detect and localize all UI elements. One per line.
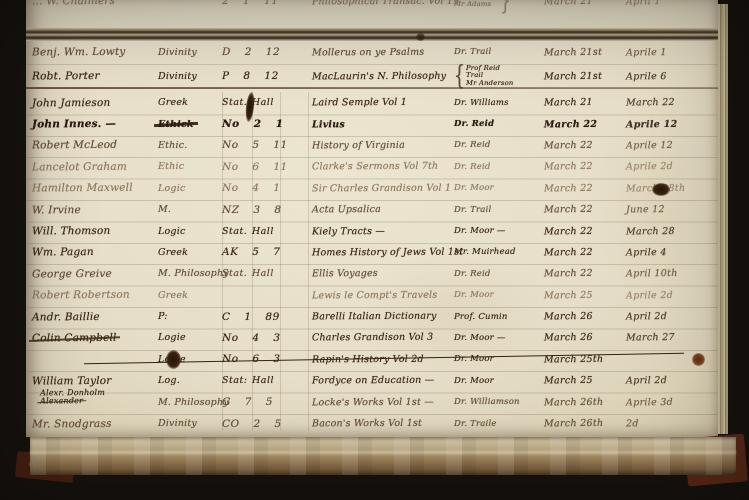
course-cell: Ethick xyxy=(158,119,222,130)
course-text: Logic xyxy=(158,226,185,237)
professor-cell: Dr. Williams xyxy=(454,98,544,108)
shelf-text: Stat: Hall xyxy=(222,375,274,386)
professor-cell: Dr. Reid xyxy=(454,269,544,279)
ledger-row: Hamilton MaxwellLogicNo 4 1Sir Charles G… xyxy=(26,178,718,199)
borrowed-text: March 22 xyxy=(544,204,593,216)
professor-text: Dr. Reid xyxy=(454,140,491,150)
name-cell: Hamilton Maxwell xyxy=(26,182,158,195)
course-cell: M. xyxy=(158,204,222,215)
title-text: Kiely Tracts — xyxy=(312,226,385,237)
borrowed-cell: March 26 xyxy=(544,311,626,323)
shelf-cell: P 8 12 xyxy=(222,70,312,82)
name-text: Benj. Wm. Lowty xyxy=(32,46,126,59)
title-cell: Ellis Voyages xyxy=(312,268,454,280)
returned-cell: Aprile 12 xyxy=(626,118,711,130)
name-cell: … W. Chalmers xyxy=(26,0,158,7)
name-text: Robert McLeod xyxy=(32,139,117,152)
professor-cell: Dr. Reid xyxy=(454,140,544,150)
professor-cell: Mr. Muirhead xyxy=(454,247,544,257)
borrowed-cell: March 21 xyxy=(544,97,626,109)
shelf-cell: No 4 3 xyxy=(222,332,312,344)
course-text: M. xyxy=(158,204,171,215)
book-fore-edge xyxy=(30,437,736,475)
returned-cell: April 1 xyxy=(626,0,711,7)
title-cell: Homes History of Jews Vol 1st xyxy=(312,247,454,259)
ledger-row: Will. ThomsonLogicStat. HallKiely Tracts… xyxy=(26,220,718,241)
shelf-text: G 7 5 xyxy=(222,396,273,408)
title-text: Homes History of Jews Vol 1st xyxy=(312,247,463,259)
ledger-row: Wm. PaganGreekAK 5 7Homes History of Jew… xyxy=(26,242,718,263)
shelf-text: No 6 3 xyxy=(222,353,281,365)
returned-cell: Aprile 4 xyxy=(626,246,711,258)
title-text: MacLaurin's N. Philosophy xyxy=(312,70,446,82)
returned-text: March 27 xyxy=(626,332,675,344)
name-cell xyxy=(26,359,158,360)
name-text: William Taylor xyxy=(32,375,112,388)
ledger-row: George GreiveM. PhilosophyStat. HallElli… xyxy=(26,263,718,284)
title-text: Sir Charles Grandison Vol 1 xyxy=(312,182,451,194)
returned-cell: Aprile 2d xyxy=(626,161,711,173)
professor-cell: {Prof Reid Trail Mr Anderson xyxy=(454,65,544,88)
name-text: George Greive xyxy=(32,268,112,281)
borrowed-text: March 22 xyxy=(544,183,593,195)
ledger-row: John Innes. —EthickNo 2 1LiviusDr. ReidM… xyxy=(26,113,718,134)
professor-cell: Dr. Moor — xyxy=(454,333,544,343)
professor-text: Dr. Williams xyxy=(454,98,509,108)
borrowed-text: March 22 xyxy=(544,225,593,237)
professor-text: Dr. Moor xyxy=(454,290,494,300)
professor-text: Dr. Williamson xyxy=(454,397,520,407)
returned-text: Aprile 2d xyxy=(626,161,673,172)
title-text: Ellis Voyages xyxy=(312,268,378,279)
title-text: Acta Upsalica xyxy=(312,204,381,215)
borrowed-text: March 25 xyxy=(544,290,593,302)
title-cell: Barelli Italian Dictionary xyxy=(312,311,454,323)
name-text: Will. Thomson xyxy=(32,225,111,238)
course-cell: Divinity xyxy=(158,418,222,429)
ledger-row: Robert McLeodEthic.No 5 11History of Vir… xyxy=(26,135,718,156)
course-text: Divinity xyxy=(158,71,197,82)
returned-text: 2d xyxy=(626,418,639,429)
borrowed-text: March 21 xyxy=(544,97,593,109)
returned-cell: Aprile 3d xyxy=(626,396,711,408)
borrowed-cell: March 25 xyxy=(544,375,626,387)
returned-text: June 12 xyxy=(626,204,665,215)
professor-text: Mr. Muirhead xyxy=(454,247,516,257)
course-cell: Ethic. xyxy=(158,140,222,151)
ledger-row: W. IrvineM.NZ 3 8Acta UpsalicaDr. TrailM… xyxy=(26,199,718,220)
title-text: Rapin's History Vol 2d xyxy=(312,354,424,366)
ledger-row: … W. Chalmers2 1 11Philosophical Transac… xyxy=(26,0,718,13)
ledger-row: John JamiesonGreekStat. HallLaird Semple… xyxy=(26,92,718,113)
title-cell: Kiely Tracts — xyxy=(312,225,454,237)
course-cell: Divinity xyxy=(158,47,222,58)
title-text: Laird Semple Vol 1 xyxy=(312,97,407,108)
returned-cell: Aprile 1 xyxy=(626,46,711,58)
shelf-text: 2 1 11 xyxy=(222,0,278,7)
professor-text: Dr. Trail xyxy=(454,47,491,57)
returned-text: Aprile 1 xyxy=(626,47,667,58)
shelf-cell: C 1 89 xyxy=(222,311,312,323)
shelf-cell: CO 2 5 xyxy=(222,418,312,430)
ledger-row: M. PhilosophyG 7 5Locke's Works Vol 1st … xyxy=(26,391,718,412)
professor-cell: Dr. Williamson xyxy=(454,397,544,407)
professor-cell: for Mr Moor Mr Adams} xyxy=(454,0,544,11)
shelf-text: AK 5 7 xyxy=(222,246,280,258)
returned-text: Aprile 2d xyxy=(626,290,673,301)
title-text: Livius xyxy=(312,119,345,130)
returned-text: Aprile 6 xyxy=(626,71,667,82)
borrowed-cell: March 26th xyxy=(544,418,626,430)
shelf-cell: NZ 3 8 xyxy=(222,204,312,216)
professor-text: Dr. Reid xyxy=(454,119,494,129)
professor-text: Dr. Traile xyxy=(454,419,497,429)
returned-cell: Aprile 12 xyxy=(626,140,711,152)
course-text: Ethick xyxy=(158,119,194,130)
brace-mark: } xyxy=(500,0,511,17)
borrowed-cell: March 26 xyxy=(544,332,626,344)
borrowed-text: March 22 xyxy=(544,247,593,259)
borrowed-cell: March 22 xyxy=(544,182,626,194)
shelf-cell: Stat: Hall xyxy=(222,375,312,386)
borrowed-cell: March 21st xyxy=(544,70,626,82)
course-text: Logic xyxy=(158,183,185,194)
previous-page-edge xyxy=(26,28,718,41)
course-text: M. Philosophy xyxy=(158,397,229,408)
course-cell: Greek xyxy=(158,247,222,258)
shelf-cell: Stat. Hall xyxy=(222,97,312,108)
course-cell: M. Philosophy xyxy=(158,397,222,408)
course-cell: P: xyxy=(158,311,222,322)
borrowed-text: March 22 xyxy=(544,161,593,173)
name-cell: John Innes. — xyxy=(26,118,158,131)
returned-cell: 2d xyxy=(626,418,711,430)
course-cell: Logic xyxy=(158,183,222,194)
professor-cell: Dr. Trail xyxy=(454,205,544,215)
professor-text: Dr. Reid xyxy=(454,269,491,279)
shelf-text: No 5 11 xyxy=(222,139,288,151)
title-cell: Clarke's Sermons Vol 7th xyxy=(312,161,454,173)
title-cell: History of Virginia xyxy=(312,140,454,152)
ledger-section-divinity-entries: Benj. Wm. LowtyDivinityD 2 12Mollerus on… xyxy=(26,40,718,88)
name-cell: Colin Campbell xyxy=(26,332,158,345)
returned-cell: April 10th xyxy=(626,268,711,280)
title-cell: Sir Charles Grandison Vol 1 xyxy=(312,182,454,194)
course-text: P: xyxy=(158,311,168,322)
ledger-section-student-entries: John JamiesonGreekStat. HallLaird Semple… xyxy=(26,92,718,434)
returned-text: March 22 xyxy=(626,97,675,109)
returned-text: Aprile 4 xyxy=(626,247,667,258)
name-text: John Jamieson xyxy=(32,97,111,110)
borrowed-cell: March 22 xyxy=(544,268,626,280)
returned-text: April 10th xyxy=(626,268,678,280)
professor-cell: Dr. Trail xyxy=(454,47,544,57)
title-text: Lewis le Compt's Travels xyxy=(312,289,437,301)
name-cell: John Jamieson xyxy=(26,96,158,109)
borrowed-text: March 26th xyxy=(544,418,604,430)
borrowed-text: March 26 xyxy=(544,311,593,323)
name-cell: George Greive xyxy=(26,267,158,280)
returned-cell: March 28 xyxy=(626,225,711,237)
title-cell: Charles Grandison Vol 3 xyxy=(312,332,454,344)
course-text: Greek xyxy=(158,290,188,301)
shelf-cell: 2 1 11 xyxy=(222,0,312,7)
shelf-cell: No 4 1 xyxy=(222,182,312,194)
name-text: Wm. Pagan xyxy=(32,246,94,258)
ledger-section-top-partial: … W. Chalmers2 1 11Philosophical Transac… xyxy=(26,0,718,13)
title-cell: Bacon's Works Vol 1st xyxy=(312,418,454,430)
course-cell: Log. xyxy=(158,375,222,386)
shelf-cell: No 6 11 xyxy=(222,161,312,173)
shelf-cell: No 2 1 xyxy=(222,118,312,130)
name-text: … W. Chalmers xyxy=(32,0,115,7)
title-text: Philosophical Transac. Vol 19 xyxy=(312,0,459,7)
title-cell: Locke's Works Vol 1st — xyxy=(312,396,454,408)
name-text: Lancelot Graham xyxy=(32,161,127,174)
professor-text: for Mr Moor Mr Adams xyxy=(454,0,499,9)
shelf-cell: D 2 12 xyxy=(222,46,312,58)
course-text: Ethic xyxy=(158,161,184,172)
shelf-text: No 2 1 xyxy=(222,118,284,130)
returned-cell: March 27 xyxy=(626,332,711,344)
name-text: Robert Robertson xyxy=(32,289,130,302)
name-cell: Will. Thomson xyxy=(26,225,158,238)
ledger-row: Robert RobertsonGreekLewis le Compt's Tr… xyxy=(26,285,718,306)
course-cell: M. Philosophy xyxy=(158,268,222,279)
name-text: Andr. Baillie xyxy=(32,311,100,323)
borrowed-cell: March 25th xyxy=(544,353,626,365)
title-text: History of Virginia xyxy=(312,140,405,151)
professor-text: Dr. Moor — xyxy=(454,226,506,236)
borrowed-cell: March 22 xyxy=(544,161,626,173)
shelf-cell: AK 5 7 xyxy=(222,246,312,258)
ink-blot xyxy=(166,350,181,369)
returned-cell: March 22 xyxy=(626,97,711,109)
course-cell: Greek xyxy=(158,290,222,301)
professor-text: Dr. Reid xyxy=(454,162,491,172)
title-cell: Fordyce on Education — xyxy=(312,375,454,387)
professor-cell: Dr. Traile xyxy=(454,419,544,429)
returned-cell: June 12 xyxy=(626,204,711,216)
shelf-text: Stat. Hall xyxy=(222,268,274,279)
shelf-text: NZ 3 8 xyxy=(222,204,282,216)
name-cell: Wm. Pagan xyxy=(26,246,158,259)
ledger-row: Lancelot GrahamEthicNo 6 11Clarke's Serm… xyxy=(26,156,718,177)
course-cell: Ethic xyxy=(158,161,222,172)
name-cell: Andr. Baillie xyxy=(26,310,158,323)
shelf-text: D 2 12 xyxy=(222,46,280,58)
borrowed-cell: March 22 xyxy=(544,118,626,130)
professor-cell: Dr. Reid xyxy=(454,119,544,129)
name-cell: Benj. Wm. Lowty xyxy=(26,46,158,59)
course-text: Divinity xyxy=(158,47,197,58)
section-divider-rule xyxy=(26,87,718,89)
course-text: Greek xyxy=(158,97,188,108)
title-cell: Laird Semple Vol 1 xyxy=(312,97,454,109)
shelf-cell: No 5 11 xyxy=(222,139,312,151)
name-cell: Robert Robertson xyxy=(26,289,158,302)
professor-text: Dr. Moor xyxy=(454,183,494,193)
name-text: Colin Campbell xyxy=(32,332,117,345)
shelf-cell: Stat. Hall xyxy=(222,268,312,279)
course-text: Ethic. xyxy=(158,140,187,151)
name-cell: Lancelot Graham xyxy=(26,160,158,173)
shelf-cell: No 6 3 xyxy=(222,353,312,365)
borrowed-cell: March 22 xyxy=(544,246,626,258)
ledger-row: Colin CampbellLogieNo 4 3Charles Grandis… xyxy=(26,327,718,348)
borrowed-text: March 26th xyxy=(544,396,604,408)
title-text: Clarke's Sermons Vol 7th xyxy=(312,161,438,173)
name-text: John Innes. — xyxy=(32,118,116,131)
ledger-row: Mr. SnodgrassDivinityCO 2 5Bacon's Works… xyxy=(26,413,718,434)
returned-text: March 28 xyxy=(626,225,675,237)
title-cell: Acta Upsalica xyxy=(312,204,454,216)
name-text: W. Irvine xyxy=(32,204,81,216)
course-text: M. Philosophy xyxy=(158,268,229,279)
shelf-text: C 1 89 xyxy=(222,311,280,323)
borrowed-text: March 21 xyxy=(544,0,593,7)
title-cell: Philosophical Transac. Vol 19 xyxy=(312,0,454,7)
borrowed-text: March 25th xyxy=(544,354,604,366)
ledger-row: Benj. Wm. LowtyDivinityD 2 12Mollerus on… xyxy=(26,40,718,64)
title-text: Locke's Works Vol 1st — xyxy=(312,396,434,408)
ink-blot xyxy=(692,353,705,366)
shelf-cell: G 7 5 xyxy=(222,396,312,408)
name-cell: Robert McLeod xyxy=(26,139,158,152)
returned-cell: April 2d xyxy=(626,375,711,387)
borrowed-text: March 22 xyxy=(544,118,597,130)
course-text: Greek xyxy=(158,247,188,258)
borrowed-text: March 22 xyxy=(544,268,593,280)
borrowed-cell: March 21st xyxy=(544,46,626,58)
shelf-text: Stat. Hall xyxy=(222,226,274,237)
professor-text: Dr. Moor xyxy=(454,354,494,364)
shelf-cell: Stat. Hall xyxy=(222,226,312,237)
ledger-row: Robt. PorterDivinityP 8 12MacLaurin's N.… xyxy=(26,64,718,88)
course-text: Divinity xyxy=(158,418,197,429)
shelf-text: CO 2 5 xyxy=(222,418,282,430)
title-text: Fordyce on Education — xyxy=(312,375,434,387)
returned-text: April 2d xyxy=(626,311,667,322)
returned-text: April 2d xyxy=(626,375,667,386)
professor-text: Prof. Cumin xyxy=(454,312,508,322)
borrowed-cell: March 21 xyxy=(544,0,626,7)
page-stack-edge xyxy=(718,4,728,434)
returned-text: Aprile 12 xyxy=(626,118,678,130)
borrowed-text: March 21st xyxy=(544,46,602,58)
name-text: Robt. Porter xyxy=(32,70,100,82)
ledger-row: William TaylorAlexr. DonholmAlexanderLog… xyxy=(26,370,718,391)
title-cell: Rapin's History Vol 2d xyxy=(312,354,454,366)
title-text: Bacon's Works Vol 1st xyxy=(312,418,422,430)
title-text: Mollerus on ye Psalms xyxy=(312,46,424,58)
name-cell: Robt. Porter xyxy=(26,70,158,83)
ink-blot xyxy=(416,33,425,41)
title-text: Barelli Italian Dictionary xyxy=(312,311,437,323)
title-cell: Lewis le Compt's Travels xyxy=(312,289,454,301)
returned-cell: Aprile 2d xyxy=(626,289,711,301)
returned-text: Aprile 3d xyxy=(626,397,673,408)
professor-text: Dr. Moor — xyxy=(454,333,506,343)
shelf-text: No 4 1 xyxy=(222,182,281,194)
borrowed-cell: March 22 xyxy=(544,204,626,216)
professor-text: Dr. Moor xyxy=(454,376,494,386)
ledger-row: Andr. BaillieP:C 1 89Barelli Italian Dic… xyxy=(26,306,718,327)
borrowed-cell: March 22 xyxy=(544,140,626,152)
ink-blot xyxy=(652,183,670,196)
course-cell: Logic xyxy=(158,226,222,237)
returned-text: Aprile 12 xyxy=(626,140,673,151)
borrowed-text: March 21st xyxy=(544,70,602,82)
course-cell: Divinity xyxy=(158,71,222,82)
name-cell: W. Irvine xyxy=(26,203,158,216)
course-cell: Logie xyxy=(158,332,222,343)
shelf-text: P 8 12 xyxy=(222,70,279,82)
professor-cell: Dr. Reid xyxy=(454,162,544,172)
borrowed-cell: March 26th xyxy=(544,396,626,408)
professor-cell: Dr. Moor xyxy=(454,376,544,386)
professor-cell: Dr. Moor xyxy=(454,183,544,193)
title-cell: Livius xyxy=(312,118,454,130)
professor-cell: Dr. Moor xyxy=(454,354,544,364)
shelf-text: No 6 11 xyxy=(222,161,288,173)
shelf-text: No 4 3 xyxy=(222,332,281,344)
name-cell: William TaylorAlexr. DonholmAlexander xyxy=(26,374,158,387)
course-text: Log. xyxy=(158,375,180,386)
name-text: Mr. Snodgrass xyxy=(32,417,112,430)
photo-backdrop: … W. Chalmers2 1 11Philosophical Transac… xyxy=(0,0,749,500)
professor-cell: Dr. Moor xyxy=(454,290,544,300)
borrowed-text: March 25 xyxy=(544,375,593,387)
ledger-page: … W. Chalmers2 1 11Philosophical Transac… xyxy=(26,0,718,437)
course-text: Logie xyxy=(158,332,186,343)
name-text: Hamilton Maxwell xyxy=(32,182,133,195)
professor-text: Prof Reid Trail Mr Anderson xyxy=(466,65,513,88)
borrowed-cell: March 22 xyxy=(544,225,626,237)
course-cell: Greek xyxy=(158,97,222,108)
professor-text: Dr. Trail xyxy=(454,205,491,215)
name-cell: Mr. Snodgrass xyxy=(26,417,158,430)
title-cell: MacLaurin's N. Philosophy xyxy=(312,70,454,82)
professor-cell: Dr. Moor — xyxy=(454,226,544,236)
borrowed-cell: March 25 xyxy=(544,289,626,301)
title-cell: Mollerus on ye Psalms xyxy=(312,46,454,58)
returned-text: April 1 xyxy=(626,0,661,7)
name-cell xyxy=(26,402,158,403)
returned-cell: Aprile 6 xyxy=(626,70,711,82)
title-text: Charles Grandison Vol 3 xyxy=(312,332,433,344)
professor-cell: Prof. Cumin xyxy=(454,312,544,322)
ledger-row: LogieNo 6 3Rapin's History Vol 2dDr. Moo… xyxy=(26,349,718,370)
borrowed-text: March 26 xyxy=(544,332,593,344)
returned-cell: April 2d xyxy=(626,311,711,323)
borrowed-text: March 22 xyxy=(544,140,593,152)
